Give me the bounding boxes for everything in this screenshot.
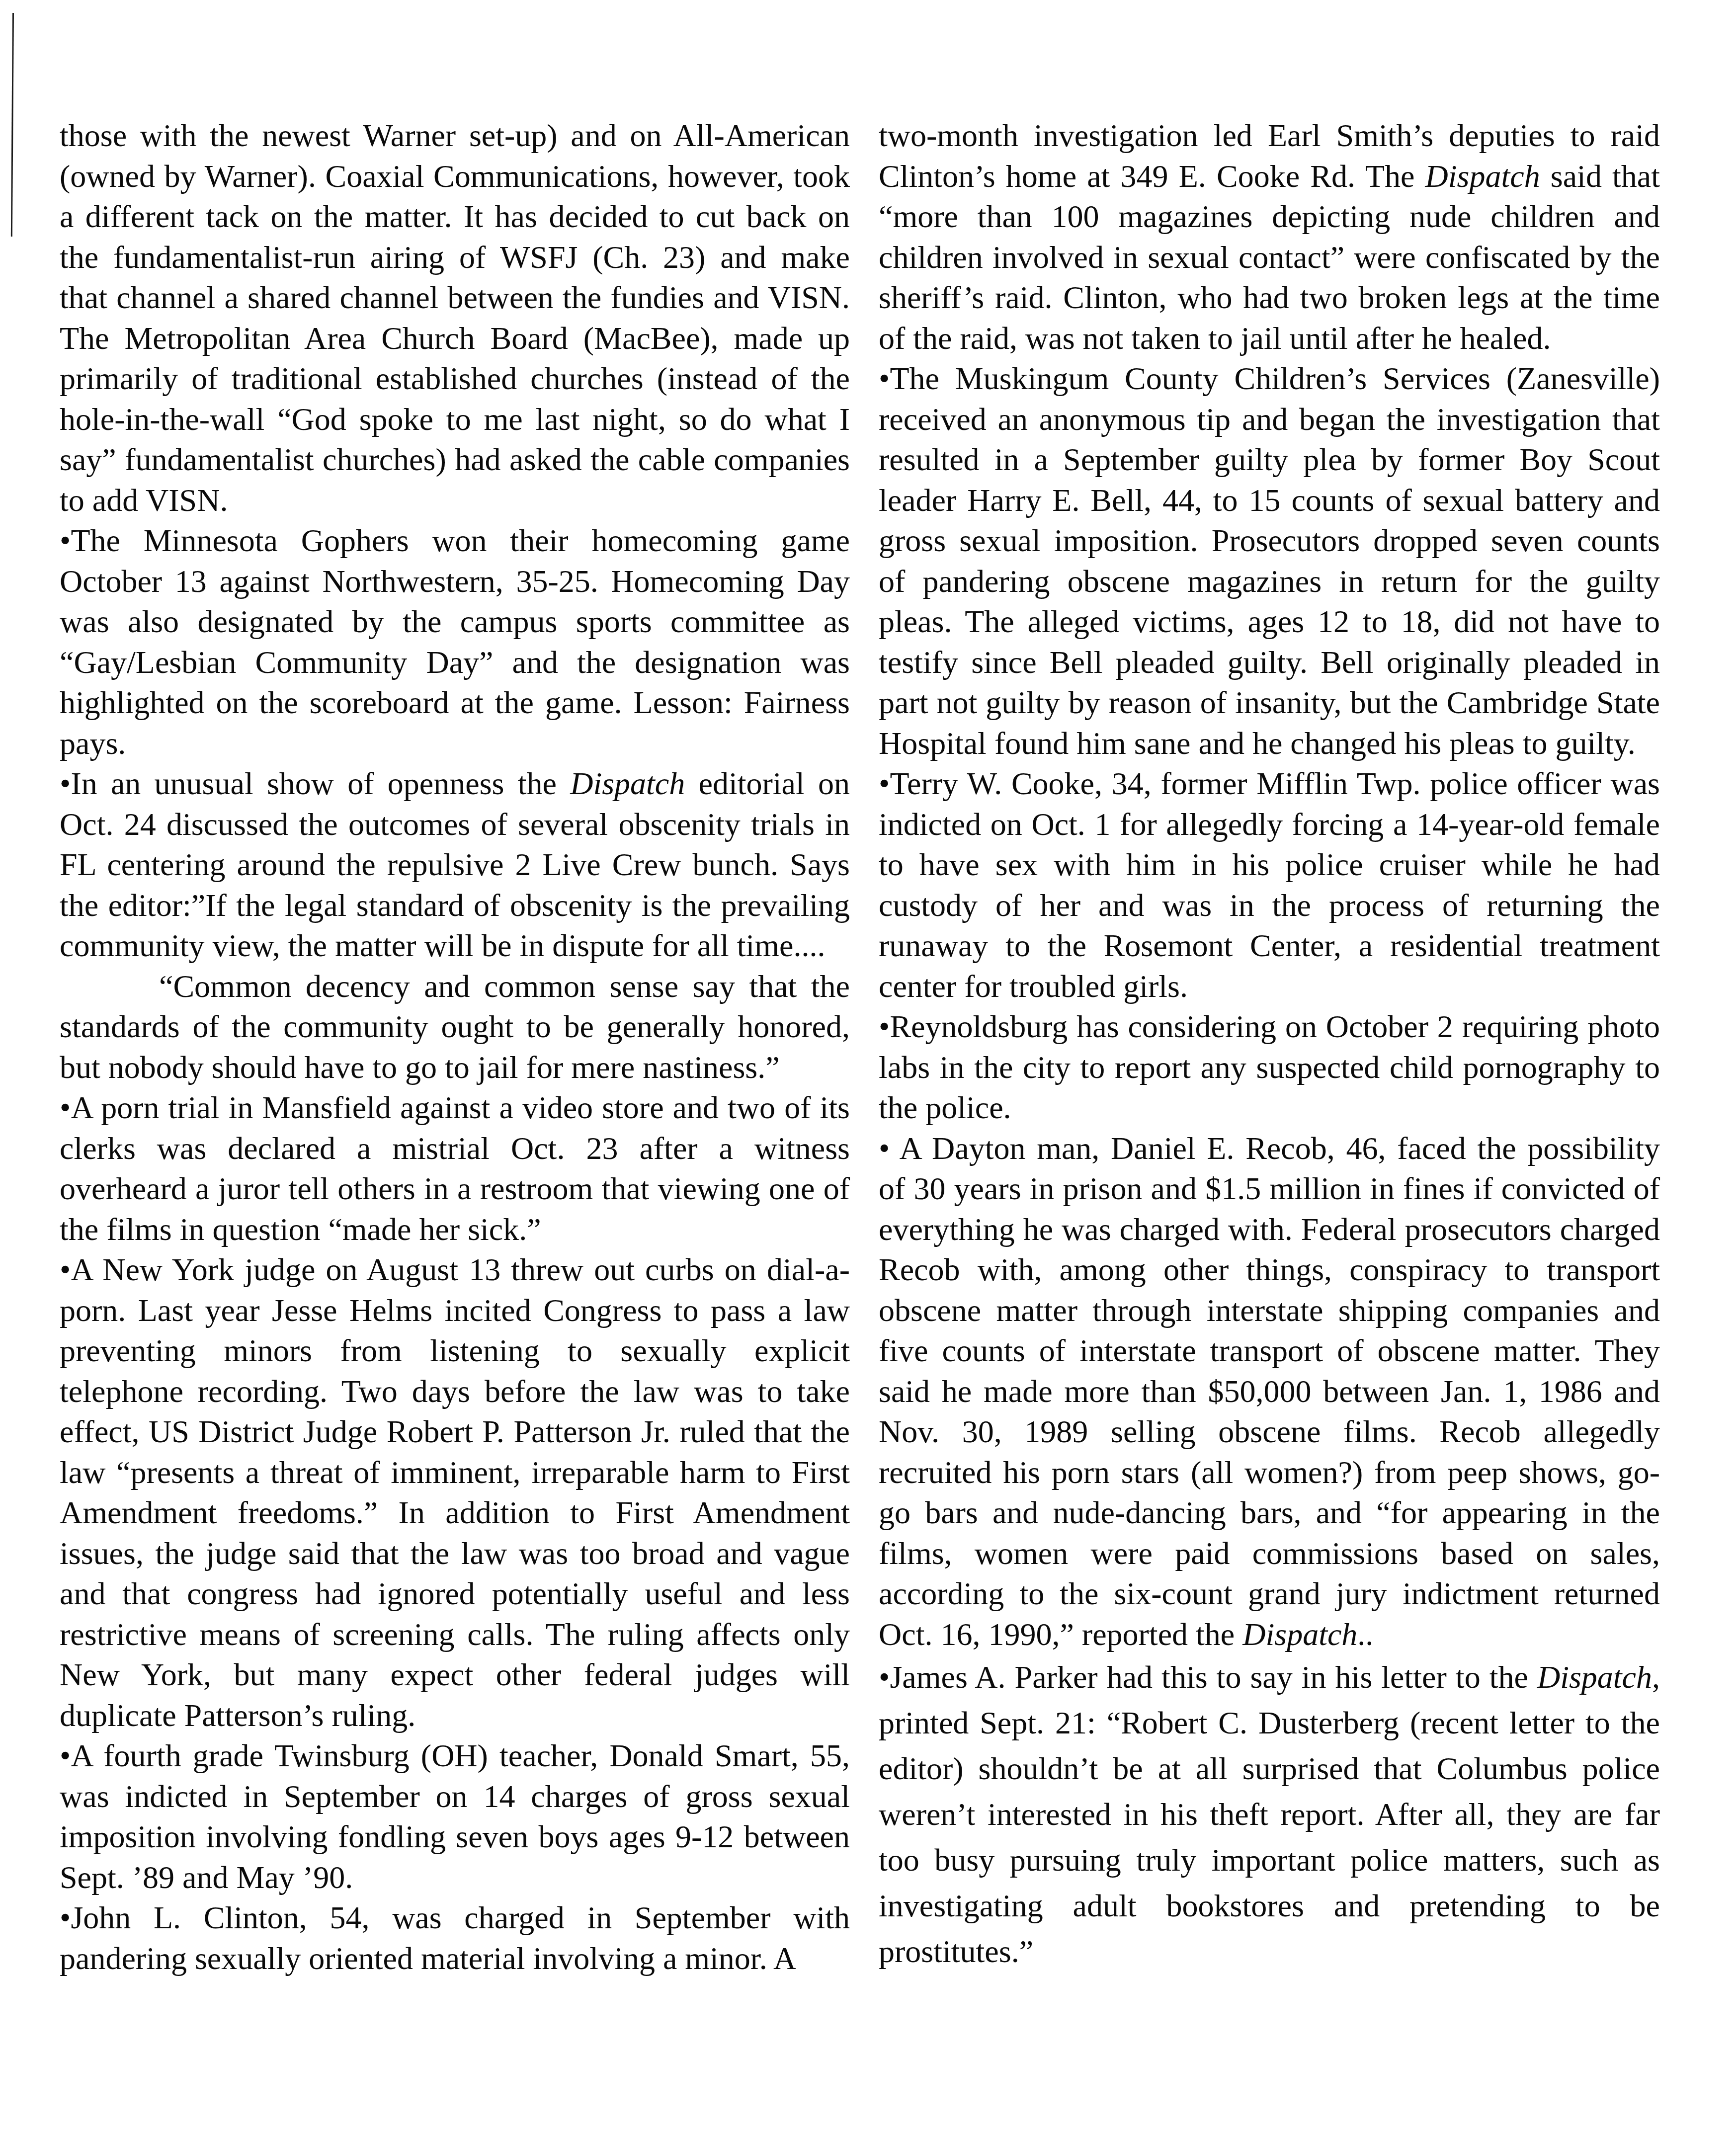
right-column: two-month investigation led Earl Smith’s…: [879, 115, 1660, 1975]
paragraph-text: Reynoldsburg has considering on October …: [879, 1009, 1660, 1125]
paragraph-text: “Common decency and common sense say tha…: [60, 969, 850, 1085]
news-item-terry-cooke: •Terry W. Cooke, 34, former Mifflin Twp.…: [879, 763, 1660, 1006]
scan-edge-artifact: [11, 13, 14, 237]
news-item-clinton-raid-continued: two-month investigation led Earl Smith’s…: [879, 115, 1660, 358]
news-item-twinsburg-teacher: •A fourth grade Twinsburg (OH) teacher, …: [60, 1735, 850, 1897]
paragraph-text: John L. Clinton, 54, was charged in Sept…: [60, 1900, 850, 1976]
news-item-john-clinton: •John L. Clinton, 54, was charged in Sep…: [60, 1897, 850, 1978]
paragraph-text: A porn trial in Mansfield against a vide…: [60, 1090, 850, 1247]
paragraph-text: James A. Parker had this to say in his l…: [890, 1659, 1537, 1695]
bullet-icon: •: [60, 1738, 71, 1773]
paragraph-text: The Minnesota Gophers won their homecomi…: [60, 523, 850, 761]
bullet-icon: •: [60, 1252, 71, 1287]
paragraph-text: Terry W. Cooke, 34, former Mifflin Twp. …: [879, 766, 1660, 1004]
paragraph-text: ..: [1357, 1617, 1373, 1652]
news-item-mansfield-mistrial: •A porn trial in Mansfield against a vid…: [60, 1087, 850, 1249]
bullet-icon: •: [879, 1659, 890, 1695]
paragraph-text: The Muskingum County Children’s Services…: [879, 361, 1660, 761]
news-item-parker-letter: •James A. Parker had this to say in his …: [879, 1654, 1660, 1975]
paragraph-text: In an unusual show of openness the: [71, 766, 570, 801]
bullet-icon: •: [60, 766, 71, 801]
paragraph-text: A fourth grade Twinsburg (OH) teacher, D…: [60, 1738, 850, 1895]
publication-name: Dispatch: [1425, 159, 1540, 194]
publication-name: Dispatch: [1242, 1617, 1357, 1652]
news-item-muskingum-county: •The Muskingum County Children’s Service…: [879, 358, 1660, 763]
publication-name: Dispatch: [1537, 1659, 1652, 1695]
news-item-dayton-recob: • A Dayton man, Daniel E. Recob, 46, fac…: [879, 1128, 1660, 1655]
bullet-icon: •: [879, 1009, 890, 1044]
news-item-reynoldsburg: •Reynoldsburg has considering on October…: [879, 1006, 1660, 1128]
bullet-icon: •: [879, 766, 890, 801]
left-column: those with the newest Warner set-up) and…: [60, 115, 850, 1978]
news-item-dispatch-editorial: •In an unusual show of openness the Disp…: [60, 763, 850, 966]
bullet-icon: •: [879, 1131, 900, 1166]
news-item-minnesota-gophers: •The Minnesota Gophers won their homecom…: [60, 520, 850, 763]
article-continuation-cable-visn: those with the newest Warner set-up) and…: [60, 115, 850, 520]
paragraph-text: A New York judge on August 13 threw out …: [60, 1252, 850, 1733]
publication-name: Dispatch: [570, 766, 685, 801]
bullet-icon: •: [60, 1900, 71, 1935]
bullet-icon: •: [60, 523, 71, 558]
bullet-icon: •: [879, 361, 890, 396]
news-item-dial-a-porn-ruling: •A New York judge on August 13 threw out…: [60, 1249, 850, 1735]
paragraph-text: , printed Sept. 21: “Robert C. Dusterber…: [879, 1659, 1660, 1969]
paragraph-text: those with the newest Warner set-up) and…: [60, 118, 850, 518]
editorial-quote: “Common decency and common sense say tha…: [60, 966, 850, 1088]
paragraph-text: A Dayton man, Daniel E. Recob, 46, faced…: [879, 1131, 1660, 1652]
bullet-icon: •: [60, 1090, 71, 1125]
